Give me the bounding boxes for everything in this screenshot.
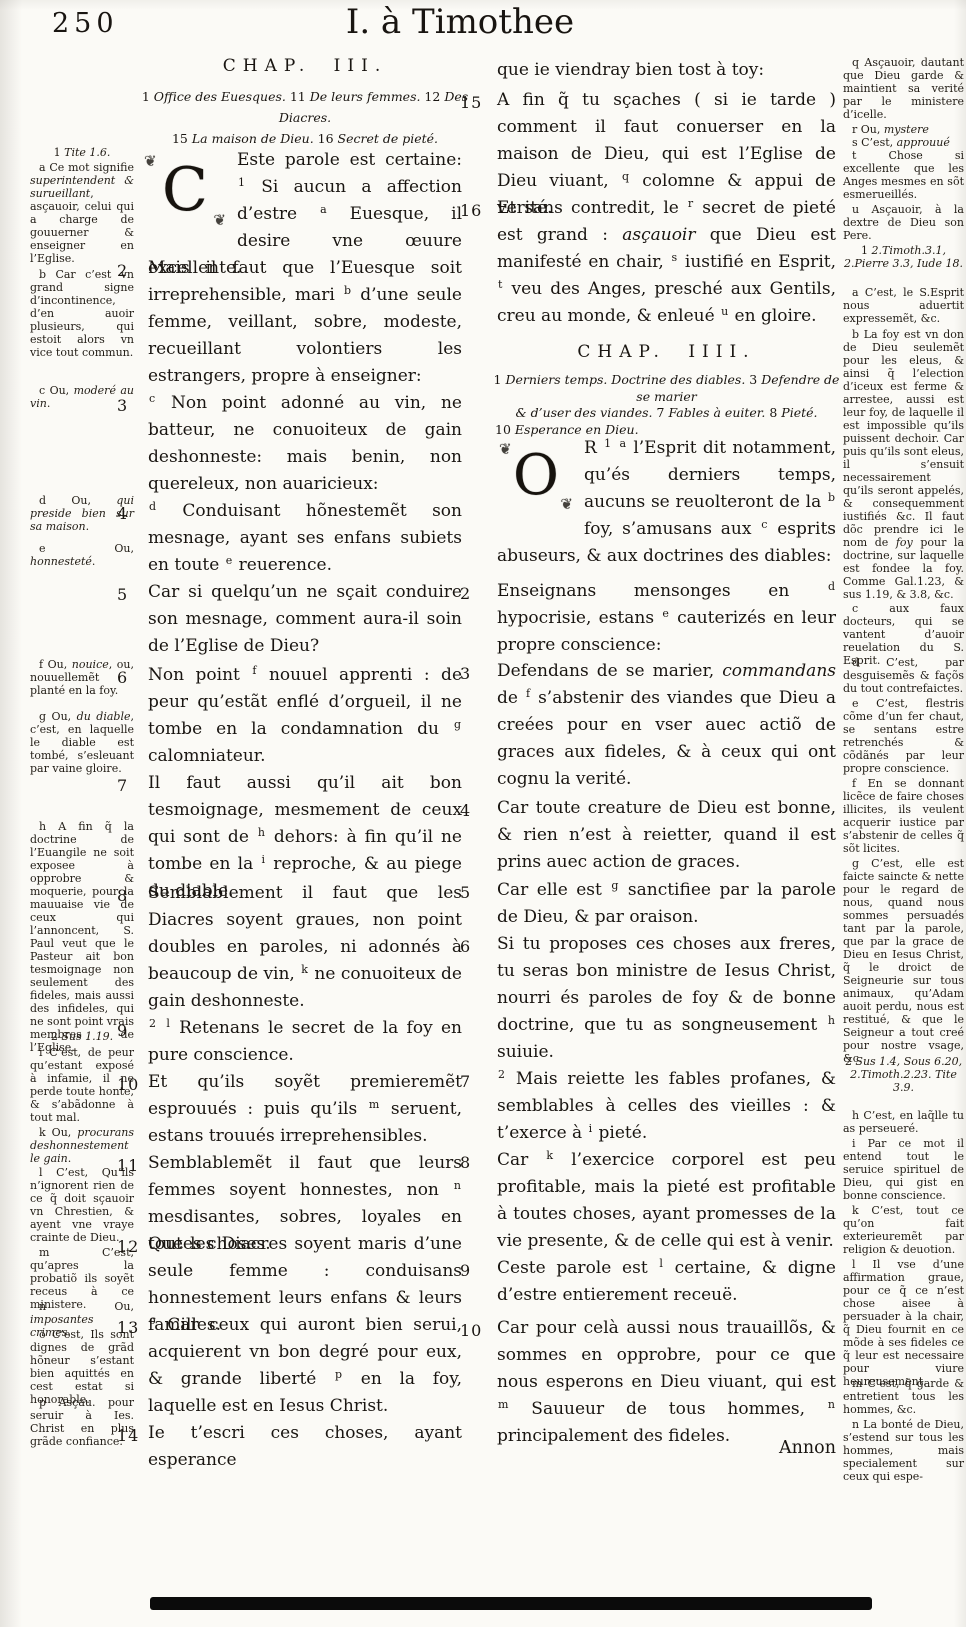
- verse-number: 9: [460, 1257, 491, 1284]
- verse-text: o Car ceux qui auront bien serui, acquie…: [148, 1312, 462, 1420]
- verse: 3 c Non point adonné au vin, ne batteur,…: [148, 390, 462, 498]
- verse: 4 d Conduisant hõnestemẽt son mesnage, a…: [148, 498, 462, 579]
- verse: 2 Mais il faut que l’Euesque soit irrepr…: [148, 255, 462, 390]
- verse-number: 2: [117, 257, 144, 284]
- scan-artifact-bar: [150, 1597, 872, 1610]
- margin-note: g Ou, du diable, c’est, en laquelle le d…: [30, 710, 134, 775]
- verse: 10 Et qu’ils soyẽt premieremẽt esprouués…: [148, 1069, 462, 1150]
- verse-text: Ceste parole est l certaine, & digne d’e…: [497, 1255, 836, 1309]
- verse-number: 5: [460, 879, 491, 906]
- catchword: Annon: [779, 1438, 836, 1458]
- verse: 2 Enseignans mensonges en d hypocrisie, …: [497, 578, 836, 659]
- margin-note: k C’est, tout ce qu’on fait exterieuremẽ…: [843, 1204, 964, 1256]
- verse-body: Non point f nouuel apprenti : de peur qu…: [148, 665, 462, 766]
- margin-note: l Il vse d’une affirmation graue, pour c…: [843, 1258, 964, 1388]
- running-title: I. à Timothee: [130, 2, 790, 42]
- verse: 6 Si tu proposes ces choses aux freres, …: [497, 931, 836, 1066]
- margin-note: i Par ce mot il entend tout le seruice s…: [843, 1137, 964, 1202]
- chapter3-heading: CHAP. III.: [148, 56, 462, 76]
- verse: 5 Car elle est g sanctifiee par la parol…: [497, 877, 836, 931]
- verse-text: Semblablement il faut que les Diacres so…: [148, 880, 462, 1015]
- verse-body: Ie t’escri ces choses, ayant esperance: [148, 1423, 462, 1470]
- verse-number: 6: [460, 933, 491, 960]
- verse: 14 Ie t’escri ces choses, ayant esperanc…: [148, 1420, 462, 1474]
- verse: 6 Non point f nouuel apprenti : de peur …: [148, 662, 462, 770]
- verse-number: 5: [117, 581, 144, 608]
- verse: 10 Car pour celà aussi nous trauaillõs, …: [497, 1315, 836, 1450]
- verse: 13 o Car ceux qui auront bien serui, acq…: [148, 1312, 462, 1420]
- margin-note: e C’est, flestris cõme d’un fer chaut, s…: [843, 697, 964, 775]
- verse-body: 2 l Retenans le secret de la foy en pure…: [148, 1018, 462, 1065]
- margin-note: h C’est, en laq̃lle tu as perseueré.: [843, 1109, 964, 1135]
- margin-note: u Asçauoir, à la dextre de Dieu son Pere…: [843, 203, 964, 242]
- page-number: 250: [52, 8, 119, 39]
- verse-body: Car pour celà aussi nous trauaillõs, & s…: [497, 1318, 836, 1446]
- verse-text: Ie t’escri ces choses, ayant esperance: [148, 1420, 462, 1474]
- verse-number: 7: [117, 772, 144, 799]
- verse-text: Car k l’exercice corporel est peu profit…: [497, 1147, 836, 1255]
- verse-body: que ie viendray bien tost à toy:: [497, 60, 764, 80]
- margin-note: a Ce mot signifie superintendent & surue…: [30, 161, 134, 265]
- verse-body: 2 Mais reiette les fables profanes, & se…: [497, 1069, 836, 1143]
- verse-text: d Conduisant hõnestemẽt son mesnage, aya…: [148, 498, 462, 579]
- verse: 9 Ceste parole est l certaine, & digne d…: [497, 1255, 836, 1309]
- margin-note: 1 Tite 1.6.: [30, 146, 134, 159]
- verse-text: OR 1 a l’Esprit dit notamment, qu’és der…: [497, 435, 836, 570]
- verse: 4 Car toute creature de Dieu est bonne, …: [497, 795, 836, 876]
- chapter3-summary: 1 Office des Euesques. 11 De leurs femme…: [140, 86, 470, 149]
- verse-number: 14: [117, 1422, 144, 1449]
- verse-body: Car k l’exercice corporel est peu profit…: [497, 1150, 836, 1251]
- verse-body: o Car ceux qui auront bien serui, acquie…: [148, 1315, 462, 1416]
- verse: 5 Car si quelqu’un ne sçait conduire son…: [148, 579, 462, 660]
- margin-note: d C’est, par desguisemẽs & façõs du tout…: [843, 656, 964, 695]
- verse-number: 4: [460, 797, 491, 824]
- verse: que ie viendray bien tost à toy:: [497, 57, 836, 84]
- verse-number: 9: [117, 1017, 144, 1044]
- verse-text: Et qu’ils soyẽt premieremẽt esprouués : …: [148, 1069, 462, 1150]
- verse: OR 1 a l’Esprit dit notamment, qu’és der…: [497, 435, 836, 570]
- verse-text: Mais il faut que l’Euesque soit irrepreh…: [148, 255, 462, 390]
- verse-text: Car pour celà aussi nous trauaillõs, & s…: [497, 1315, 836, 1450]
- verse-body: Si tu proposes ces choses aux freres, tu…: [497, 934, 836, 1062]
- verse-text: 2 Mais reiette les fables profanes, & se…: [497, 1066, 836, 1147]
- margin-note: q Asçauoir, dautant que Dieu garde & mai…: [843, 56, 964, 121]
- verse-number: 15: [460, 89, 491, 116]
- verse-number: 16: [460, 197, 491, 224]
- verse-text: que ie viendray bien tost à toy:: [497, 57, 836, 84]
- verse-text: Et sans contredit, le r secret de pieté …: [497, 195, 836, 330]
- verse-number: 8: [117, 882, 144, 909]
- drop-cap-initial: O: [497, 439, 575, 515]
- verse-body: d Conduisant hõnestemẽt son mesnage, aya…: [148, 501, 462, 575]
- margin-note: 2 Sus 1.4, Sous 6.20, 2.Timoth.2.23. Tit…: [843, 1055, 964, 1094]
- verse-body: Car toute creature de Dieu est bonne, & …: [497, 798, 836, 872]
- verse-text: Enseignans mensonges en d hypocrisie, es…: [497, 578, 836, 659]
- verse-body: Semblablement il faut que les Diacres so…: [148, 883, 462, 1011]
- verse-body: c Non point adonné au vin, ne batteur, n…: [148, 393, 462, 494]
- margin-note: f En se donnant licẽce de faire choses i…: [843, 777, 964, 855]
- verse-body: Car si quelqu’un ne sçait conduire son m…: [148, 582, 462, 656]
- chapter-summary-line: 15 La maison de Dieu. 16 Secret de pieté…: [140, 128, 470, 149]
- verse-number: 3: [117, 392, 144, 419]
- verse-number: 4: [117, 500, 144, 527]
- verse-text: 2 l Retenans le secret de la foy en pure…: [148, 1015, 462, 1069]
- margin-note: 1 2.Timoth.3.1, 2.Pierre 3.3, Iude 18.: [843, 244, 964, 270]
- verse-body: Et sans contredit, le r secret de pieté …: [497, 198, 836, 326]
- verse-body: Mais il faut que l’Euesque soit irrepreh…: [148, 258, 462, 386]
- page: 250 I. à Timothee 1 Tite 1.6.a Ce mot si…: [0, 0, 966, 1627]
- verse: 3 Defendans de se marier, commandans de …: [497, 658, 836, 793]
- drop-cap-initial: C: [142, 151, 228, 231]
- verse-text: Car si quelqu’un ne sçait conduire son m…: [148, 579, 462, 660]
- verse-number: 8: [460, 1149, 491, 1176]
- margin-note: b La foy est vn don de Dieu seulemẽt pou…: [843, 328, 964, 601]
- margin-note: g C’est, elle est faicte saincte & nette…: [843, 857, 964, 1065]
- verse-text: Car elle est g sanctifiee par la parole …: [497, 877, 836, 931]
- verse-body: Car elle est g sanctifiee par la parole …: [497, 880, 836, 927]
- verse-number: 11: [117, 1152, 144, 1179]
- verse-body: Defendans de se marier, commandans de f …: [497, 661, 836, 789]
- verse-text: c Non point adonné au vin, ne batteur, n…: [148, 390, 462, 498]
- verse: 9 2 l Retenans le secret de la foy en pu…: [148, 1015, 462, 1069]
- chapter-summary-line: & d’user des viandes. 7 Fables à euiter.…: [489, 405, 844, 422]
- margin-note: t Chose si excellente que les Anges mesm…: [843, 149, 964, 201]
- verse-number: 10: [460, 1317, 491, 1344]
- margin-note: n La bonté de Dieu, s’estend sur tous le…: [843, 1418, 964, 1483]
- chapter4-summary: 1 Derniers temps. Doctrine des diables. …: [489, 372, 844, 438]
- chapter4-heading: CHAP. IIII.: [497, 342, 836, 362]
- margin-note: m C’est, q̃ garde & entretient tous les …: [843, 1377, 964, 1416]
- verse-body: Ceste parole est l certaine, & digne d’e…: [497, 1258, 836, 1305]
- verse-number: 2: [460, 580, 491, 607]
- margin-note: s C’est, approuué: [843, 136, 964, 149]
- chapter-summary-line: 1 Office des Euesques. 11 De leurs femme…: [140, 86, 470, 128]
- verse-body: Et qu’ils soyẽt premieremẽt esprouués : …: [148, 1072, 462, 1146]
- verse-number: 12: [117, 1233, 144, 1260]
- margin-note: a C’est, le S.Esprit nous aduertit expre…: [843, 286, 964, 325]
- verse: 8 Semblablement il faut que les Diacres …: [148, 880, 462, 1015]
- verse: 8 Car k l’exercice corporel est peu prof…: [497, 1147, 836, 1255]
- verse-text: Defendans de se marier, commandans de f …: [497, 658, 836, 793]
- verse-text: Car toute creature de Dieu est bonne, & …: [497, 795, 836, 876]
- verse: 16 Et sans contredit, le r secret de pie…: [497, 195, 836, 330]
- verse-number: 10: [117, 1071, 144, 1098]
- verse-text: Non point f nouuel apprenti : de peur qu…: [148, 662, 462, 770]
- margin-note: e Ou, honnesteté.: [30, 542, 134, 568]
- verse-number: 13: [117, 1314, 144, 1341]
- chapter-summary-line: 1 Derniers temps. Doctrine des diables. …: [489, 372, 844, 405]
- verse-number: 7: [460, 1068, 491, 1095]
- verse-body: Enseignans mensonges en d hypocrisie, es…: [497, 581, 836, 655]
- verse-number: 3: [460, 660, 491, 687]
- verse: 7 2 Mais reiette les fables profanes, & …: [497, 1066, 836, 1147]
- verse-text: Si tu proposes ces choses aux freres, tu…: [497, 931, 836, 1066]
- verse-number: 6: [117, 664, 144, 691]
- margin-note: r Ou, mystere: [843, 123, 964, 136]
